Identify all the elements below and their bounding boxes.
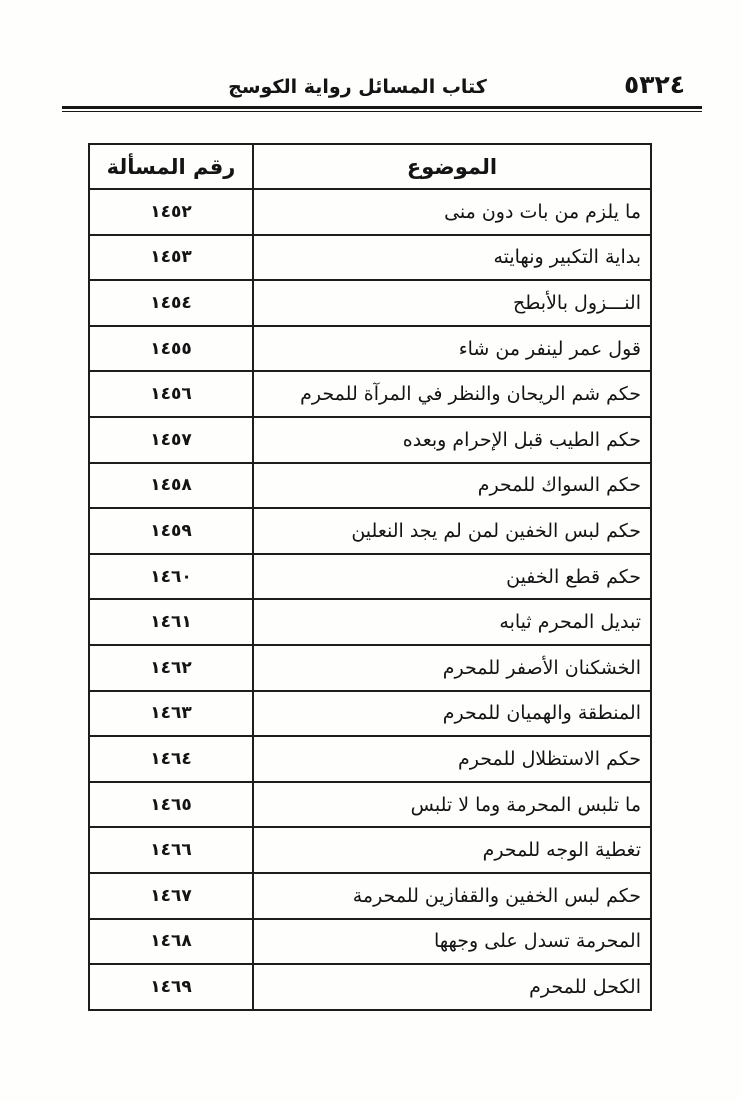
table-row: الكحل للمحرم١٤٦٩	[89, 964, 651, 1010]
topic-cell: تغطية الوجه للمحرم	[253, 827, 651, 873]
topic-cell: بداية التكبير ونهايته	[253, 235, 651, 281]
number-cell: ١٤٦٠	[89, 554, 253, 600]
number-cell: ١٤٦٩	[89, 964, 253, 1010]
number-cell: ١٤٥٢	[89, 189, 253, 235]
number-cell: ١٤٥٧	[89, 417, 253, 463]
table-row: حكم شم الريحان والنظر في المرآة للمحرم١٤…	[89, 371, 651, 417]
number-cell: ١٤٥٩	[89, 508, 253, 554]
number-cell: ١٤٦٣	[89, 691, 253, 737]
table-row: المنطقة والهميان للمحرم١٤٦٣	[89, 691, 651, 737]
number-cell: ١٤٦٥	[89, 782, 253, 828]
table-row: ما تلبس المحرمة وما لا تلبس١٤٦٥	[89, 782, 651, 828]
header-rule	[62, 106, 702, 112]
table-row: حكم الطيب قبل الإحرام وبعده١٤٥٧	[89, 417, 651, 463]
number-cell: ١٤٦٤	[89, 736, 253, 782]
topic-cell: المحرمة تسدل على وجهها	[253, 919, 651, 965]
topic-cell: المنطقة والهميان للمحرم	[253, 691, 651, 737]
topic-cell: حكم شم الريحان والنظر في المرآة للمحرم	[253, 371, 651, 417]
number-cell: ١٤٥٣	[89, 235, 253, 281]
topic-cell: حكم لبس الخفين لمن لم يجد النعلين	[253, 508, 651, 554]
topic-cell: حكم الطيب قبل الإحرام وبعده	[253, 417, 651, 463]
table-row: قول عمر لينفر من شاء١٤٥٥	[89, 326, 651, 372]
topic-cell: قول عمر لينفر من شاء	[253, 326, 651, 372]
number-cell: ١٤٥٥	[89, 326, 253, 372]
topic-cell: تبديل المحرم ثيابه	[253, 599, 651, 645]
number-cell: ١٤٥٤	[89, 280, 253, 326]
topic-cell: حكم قطع الخفين	[253, 554, 651, 600]
topic-cell: حكم السواك للمحرم	[253, 463, 651, 509]
topic-cell: ما يلزم من بات دون منى	[253, 189, 651, 235]
table-row: حكم السواك للمحرم١٤٥٨	[89, 463, 651, 509]
table-row: حكم قطع الخفين١٤٦٠	[89, 554, 651, 600]
number-cell: ١٤٥٦	[89, 371, 253, 417]
contents-table: الموضوع رقم المسألة ما يلزم من بات دون م…	[88, 143, 652, 1011]
table-row: حكم الاستظلال للمحرم١٤٦٤	[89, 736, 651, 782]
table-row: الخشكنان الأصفر للمحرم١٤٦٢	[89, 645, 651, 691]
table-row: حكم لبس الخفين لمن لم يجد النعلين١٤٥٩	[89, 508, 651, 554]
table-row: المحرمة تسدل على وجهها١٤٦٨	[89, 919, 651, 965]
table-row: تبديل المحرم ثيابه١٤٦١	[89, 599, 651, 645]
number-cell: ١٤٦٧	[89, 873, 253, 919]
document-page: ٥٣٢٤ كتاب المسائل رواية الكوسج الموضوع ر…	[0, 0, 741, 1101]
book-title: كتاب المسائل رواية الكوسج	[0, 76, 728, 98]
table-row: بداية التكبير ونهايته١٤٥٣	[89, 235, 651, 281]
topic-cell: ما تلبس المحرمة وما لا تلبس	[253, 782, 651, 828]
topic-cell: حكم لبس الخفين والقفازين للمحرمة	[253, 873, 651, 919]
header-rule-thick-line	[62, 106, 702, 109]
number-cell: ١٤٦١	[89, 599, 253, 645]
number-cell: ١٤٦٢	[89, 645, 253, 691]
number-cell: ١٤٦٨	[89, 919, 253, 965]
table-row: ما يلزم من بات دون منى١٤٥٢	[89, 189, 651, 235]
topic-cell: الخشكنان الأصفر للمحرم	[253, 645, 651, 691]
table-row: حكم لبس الخفين والقفازين للمحرمة١٤٦٧	[89, 873, 651, 919]
topic-cell: الكحل للمحرم	[253, 964, 651, 1010]
topic-cell: حكم الاستظلال للمحرم	[253, 736, 651, 782]
number-column-header: رقم المسألة	[89, 144, 253, 189]
table-header-row: الموضوع رقم المسألة	[89, 144, 651, 189]
table-row: تغطية الوجه للمحرم١٤٦٦	[89, 827, 651, 873]
topic-cell: النـــزول بالأبطح	[253, 280, 651, 326]
number-cell: ١٤٦٦	[89, 827, 253, 873]
header-rule-thin-line	[62, 111, 702, 112]
number-cell: ١٤٥٨	[89, 463, 253, 509]
topic-column-header: الموضوع	[253, 144, 651, 189]
table-row: النـــزول بالأبطح١٤٥٤	[89, 280, 651, 326]
